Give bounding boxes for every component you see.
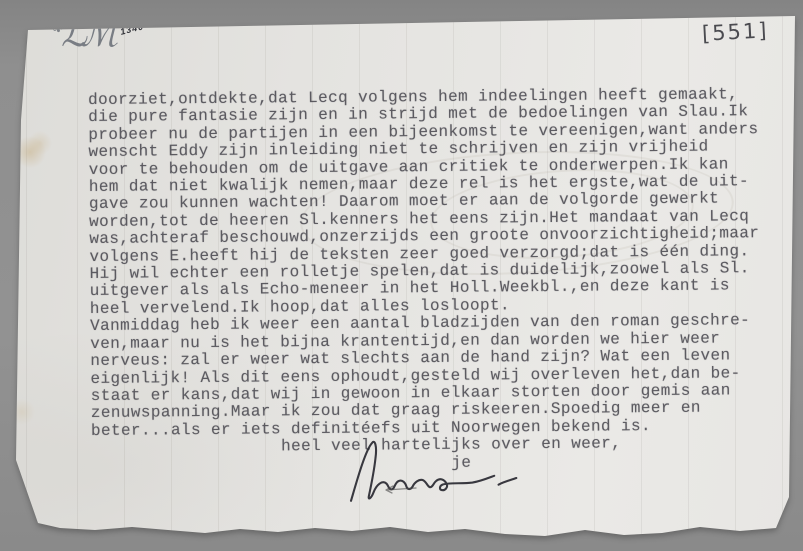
stamp-annotation: 1340 bbox=[119, 21, 145, 37]
stamp-monogram: ℒℳ bbox=[61, 14, 111, 55]
scan-background: ✾ ℒℳ 1340 [551] doorziet,ontdekte,dat Le… bbox=[0, 0, 803, 551]
paper-ghost-marks bbox=[427, 161, 696, 267]
letter-paper-shadow: ✾ ℒℳ 1340 [551] doorziet,ontdekte,dat Le… bbox=[0, 0, 803, 551]
letter-body: doorziet,ontdekte,dat Lecq volgens hem i… bbox=[88, 86, 761, 475]
crest-icon: ✾ bbox=[50, 19, 65, 37]
letter-paper: ✾ ℒℳ 1340 [551] doorziet,ontdekte,dat Le… bbox=[0, 0, 803, 551]
catalog-number: [551] bbox=[701, 18, 769, 45]
museum-stamp: ✾ ℒℳ 1340 bbox=[52, 20, 162, 70]
pencil-arrow-icon bbox=[382, 482, 418, 496]
paper-ghost-marks bbox=[297, 141, 737, 286]
signature-menno bbox=[335, 433, 527, 510]
